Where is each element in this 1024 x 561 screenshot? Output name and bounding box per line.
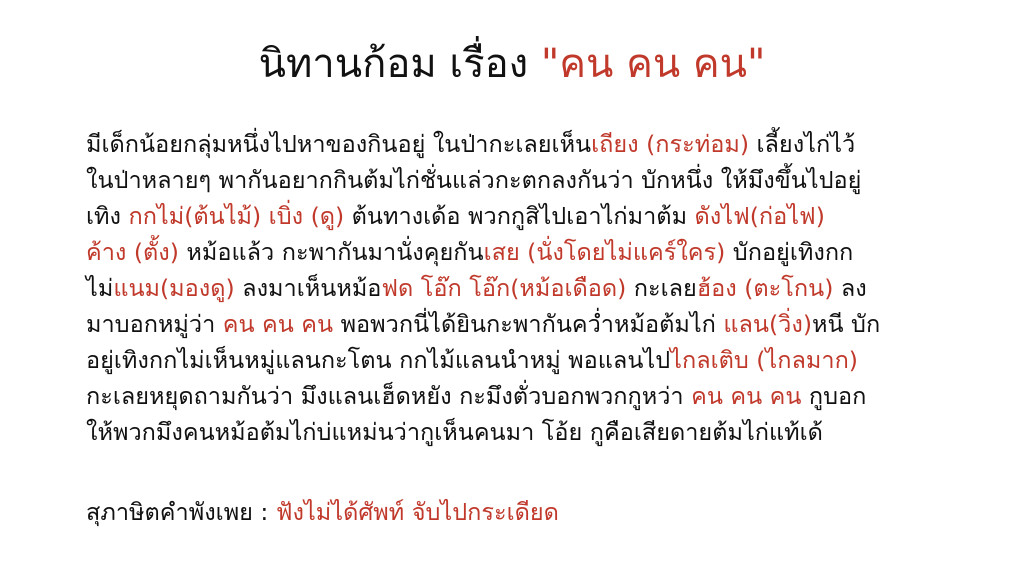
highlighted-term: แนม(มองดู) (113, 274, 234, 302)
moral-line: สุภาษิตคำพังเพย : ฟังไม่ได้ศัพท์ จับไปกร… (86, 494, 559, 530)
story-text: หนี บัก (812, 310, 880, 338)
story-line: ไม่แนม(มองดู) ลงมาเห็นหม้อฟด โอ๊ก โอ๊ก(ห… (86, 270, 966, 306)
highlighted-term: ดังไฟ(ก่อไฟ) (695, 202, 825, 230)
story-text: กูบอก (801, 382, 866, 410)
highlighted-term: เถียง (กระท่อม) (591, 130, 749, 158)
story-text: ในป่าหลายๆ พากันอยากกินต้มไก่ชั่นแล่วกะต… (86, 166, 861, 194)
highlighted-term: แลน(วิ่ง) (723, 310, 812, 338)
story-line: ในป่าหลายๆ พากันอยากกินต้มไก่ชั่นแล่วกะต… (86, 162, 966, 198)
story-text: พอพวกนี่ได้ยินกะพากันคว่ำหม้อต้มไก่ (333, 310, 723, 338)
story-text: เลี้ยงไก่ไว้ (749, 130, 855, 158)
story-text: อยู่เทิงกกไม่เห็นหมู่แลนกะโตน กกไม้แลนนำ… (86, 346, 670, 374)
story-text: กะเลย (626, 274, 697, 302)
story-text: ให้พวกมึงคนหม้อต้มไก่บ่แหม่นว่ากูเห็นคนม… (86, 418, 823, 446)
story-line: เทิง กกไม่(ต้นไม้) เบิ่ง (ดู) ต้นทางเด้อ… (86, 198, 966, 234)
story-line: ให้พวกมึงคนหม้อต้มไก่บ่แหม่นว่ากูเห็นคนม… (86, 414, 966, 450)
highlighted-term: คน คน คน (223, 310, 333, 338)
story-line: อยู่เทิงกกไม่เห็นหมู่แลนกะโตน กกไม้แลนนำ… (86, 342, 966, 378)
story-text: เทิง (86, 202, 128, 230)
highlighted-term: ค้าง (ตั้ง) (86, 238, 179, 266)
moral-text: ฟังไม่ได้ศัพท์ จับไปกระเดียด (276, 498, 559, 526)
story-line: กะเลยหยุดถามกันว่า มึงแลนเฮ็ดหยัง กะมึงต… (86, 378, 966, 414)
story-line: มาบอกหมู่ว่า คน คน คน พอพวกนี่ได้ยินกะพา… (86, 306, 966, 342)
story-text: ลง (833, 274, 866, 302)
story-text: กะเลยหยุดถามกันว่า มึงแลนเฮ็ดหยัง กะมึงต… (86, 382, 691, 410)
story-text: ไม่ (86, 274, 113, 302)
story-line: ค้าง (ตั้ง) หม้อแล้ว กะพากันมานั่งคุยกัน… (86, 234, 966, 270)
story-line: มีเด็กน้อยกลุ่มหนึ่งไปหาของกินอยู่ ในป่า… (86, 126, 966, 162)
story-body: มีเด็กน้อยกลุ่มหนึ่งไปหาของกินอยู่ ในป่า… (86, 126, 966, 450)
slide: นิทานก้อม เรื่อง "คน คน คน" มีเด็กน้อยกล… (0, 0, 1024, 561)
page-title: นิทานก้อม เรื่อง "คน คน คน" (0, 34, 1024, 94)
highlighted-term: คน คน คน (691, 382, 801, 410)
story-text: มาบอกหมู่ว่า (86, 310, 223, 338)
highlighted-term: ไกลเติบ (ไกลมาก) (670, 346, 858, 374)
moral-label: สุภาษิตคำพังเพย : (86, 498, 276, 526)
title-highlight: "คน คน คน" (541, 41, 766, 87)
story-text: หม้อแล้ว กะพากันมานั่งคุยกัน (179, 238, 484, 266)
story-text: ลงมาเห็นหม้อ (235, 274, 382, 302)
highlighted-term: ฟด โอ๊ก โอ๊ก(หม้อเดือด) (381, 274, 626, 302)
story-text: มีเด็กน้อยกลุ่มหนึ่งไปหาของกินอยู่ ในป่า… (86, 130, 591, 158)
highlighted-term: กกไม่(ต้นไม้) เบิ่ง (ดู) (128, 202, 344, 230)
story-text: ต้นทางเด้อ พวกกูสิไปเอาไก่มาต้ม (344, 202, 694, 230)
story-text: บักอยู่เทิงกก (725, 238, 853, 266)
highlighted-term: เสย (นั่งโดยไม่แคร์ใคร) (484, 238, 726, 266)
title-prefix: นิทานก้อม เรื่อง (259, 41, 541, 87)
highlighted-term: ฮ้อง (ตะโกน) (697, 274, 834, 302)
